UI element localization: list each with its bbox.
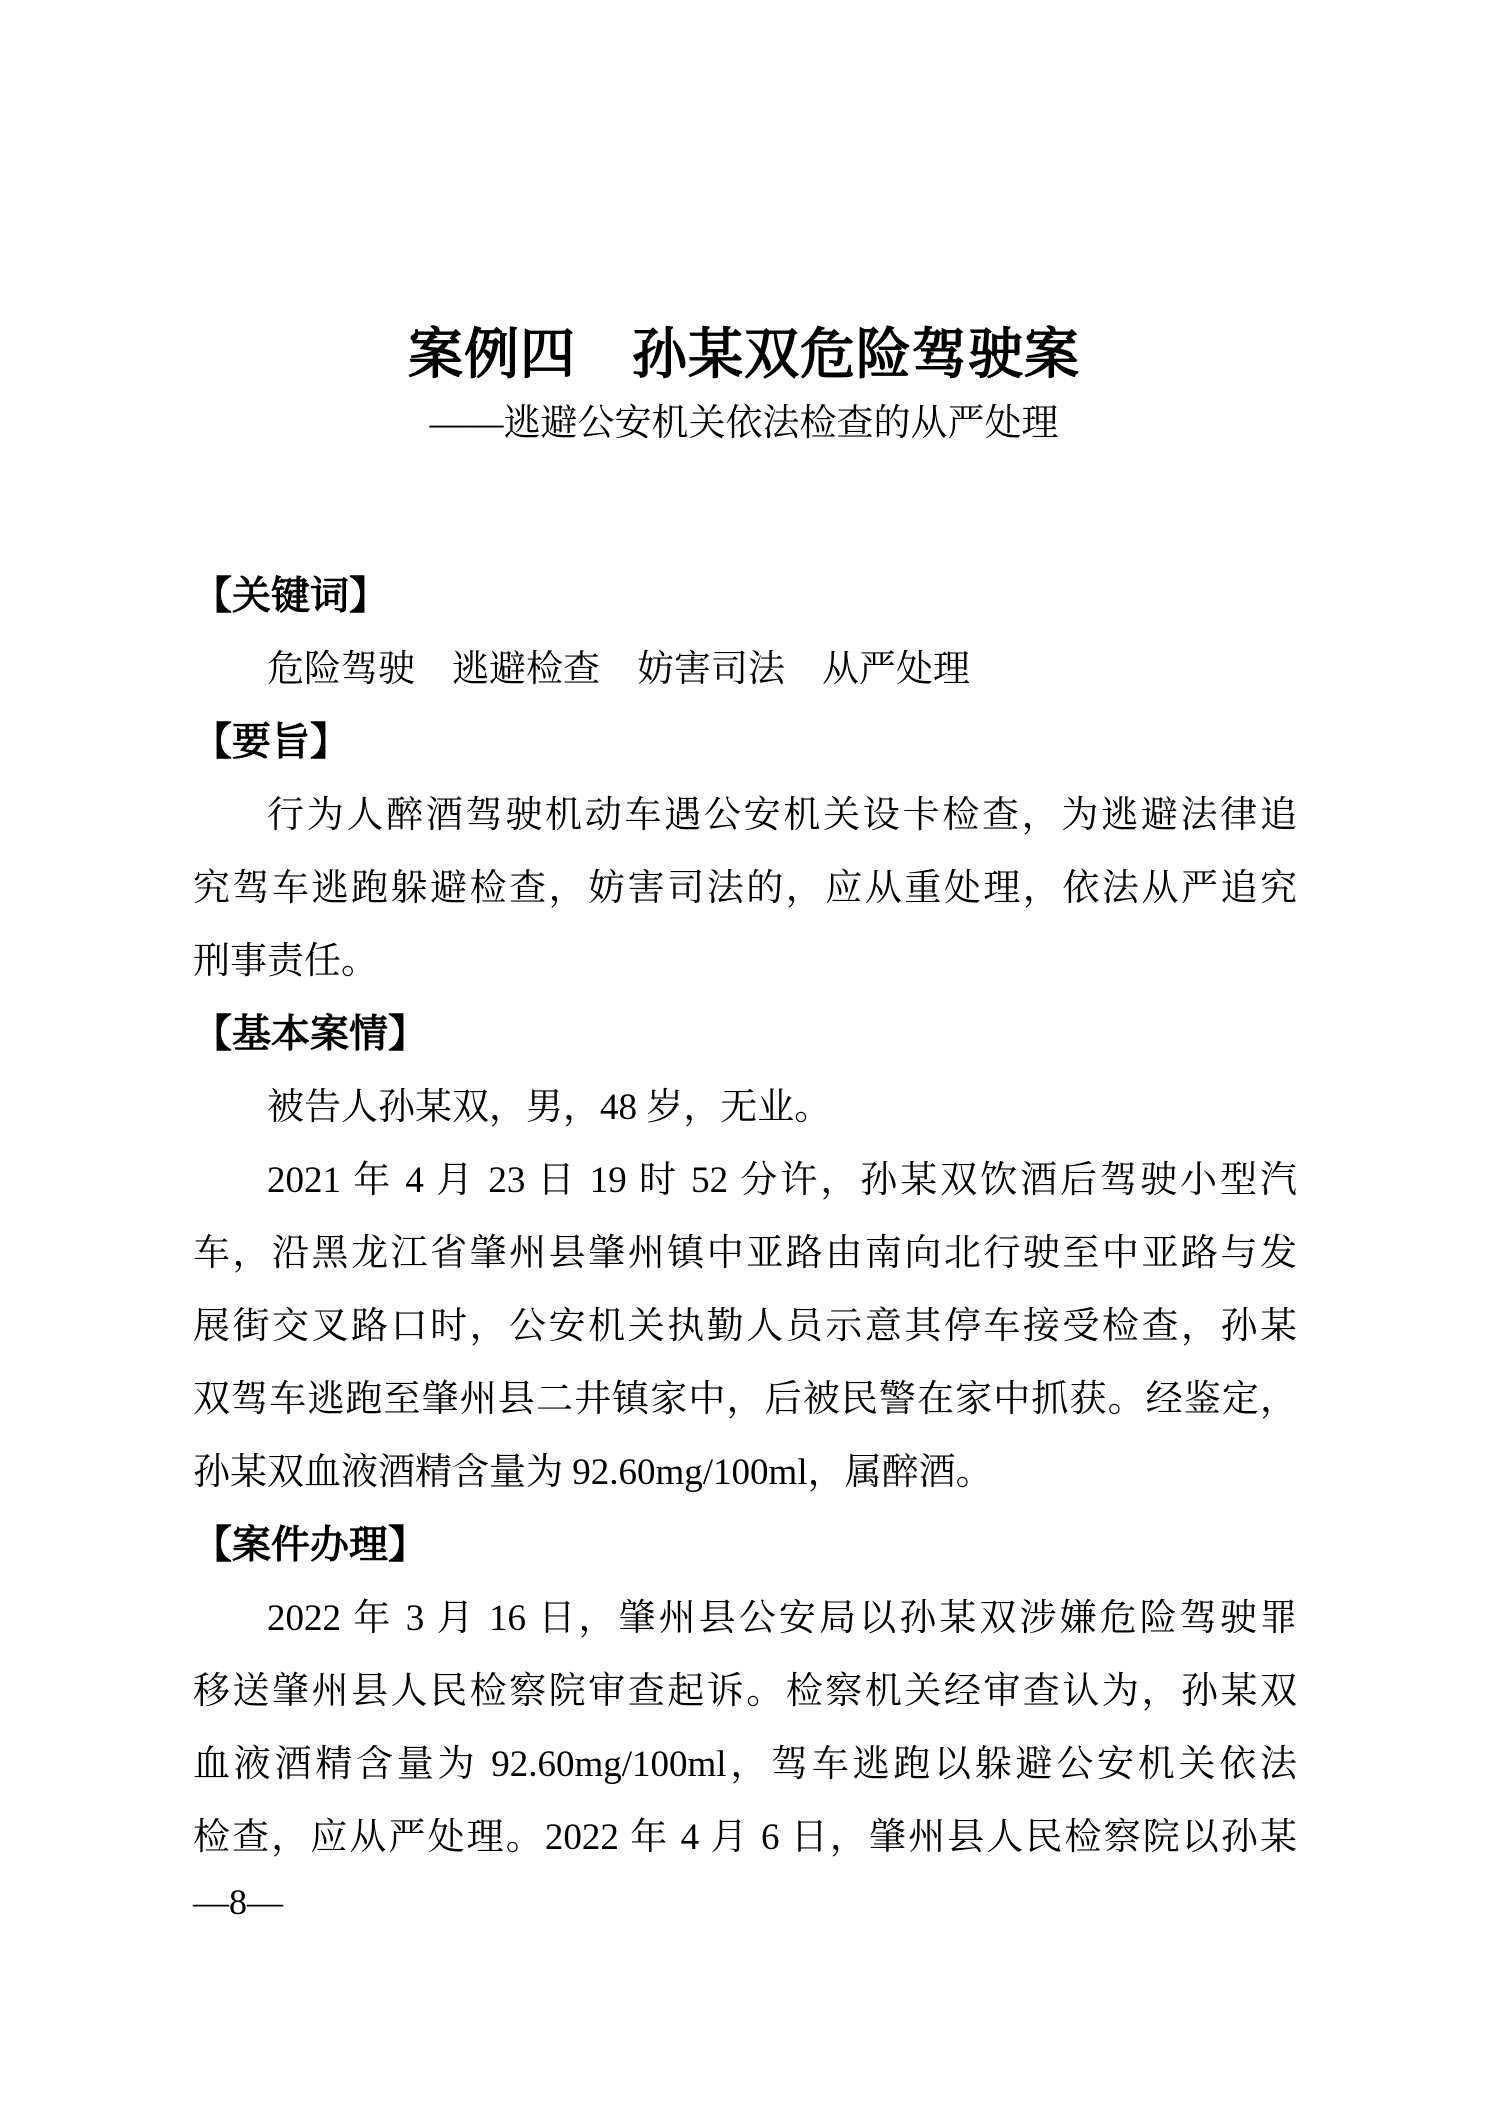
- section-heading-case-handling: 【案件办理】: [193, 1509, 1297, 1582]
- text-line: 展街交叉路口时，公安机关执勤人员示意其停车接受检查，孙某: [193, 1290, 1297, 1363]
- section-heading-keywords: 【关键词】: [193, 560, 1297, 633]
- text-line: 行为人醉酒驾驶机动车遇公安机关设卡检查，为逃避法律追: [193, 779, 1297, 852]
- defendant-line: 被告人孙某双，男，48 岁，无业。: [193, 1071, 1297, 1144]
- text-line: 刑事责任。: [193, 925, 1297, 998]
- text-line: 双驾车逃跑至肇州县二井镇家中，后被民警在家中抓获。经鉴定，: [193, 1363, 1297, 1436]
- text-line: 血液酒精含量为 92.60mg/100ml，驾车逃跑以躲避公安机关依法: [193, 1728, 1297, 1801]
- keywords-line: 危险驾驶 逃避检查 妨害司法 从严处理: [193, 633, 1297, 706]
- text-line: 2022 年 3 月 16 日，肇州县公安局以孙某双涉嫌危险驾驶罪: [193, 1582, 1297, 1655]
- section-heading-gist: 【要旨】: [193, 706, 1297, 779]
- document-body: 【关键词】 危险驾驶 逃避检查 妨害司法 从严处理 【要旨】 行为人醉酒驾驶机动…: [193, 560, 1297, 1874]
- page-number: —8—: [193, 1872, 283, 1932]
- case-title: 案例四 孙某双危险驾驶案: [0, 318, 1488, 392]
- section-heading-basic-facts: 【基本案情】: [193, 998, 1297, 1071]
- text-line: 检查，应从严处理。2022 年 4 月 6 日，肇州县人民检察院以孙某: [193, 1801, 1297, 1874]
- text-line: 孙某双血液酒精含量为 92.60mg/100ml，属醉酒。: [193, 1436, 1297, 1509]
- text-line: 移送肇州县人民检察院审查起诉。检察机关经审查认为，孙某双: [193, 1655, 1297, 1728]
- text-line: 2021 年 4 月 23 日 19 时 52 分许，孙某双饮酒后驾驶小型汽: [193, 1144, 1297, 1217]
- text-line: 车，沿黑龙江省肇州县肇州镇中亚路由南向北行驶至中亚路与发: [193, 1217, 1297, 1290]
- document-page: 案例四 孙某双危险驾驶案 ——逃避公安机关依法检查的从严处理 【关键词】 危险驾…: [0, 0, 1488, 2104]
- text-line: 究驾车逃跑躲避检查，妨害司法的，应从重处理，依法从严追究: [193, 852, 1297, 925]
- case-subtitle: ——逃避公安机关依法检查的从严处理: [0, 392, 1488, 456]
